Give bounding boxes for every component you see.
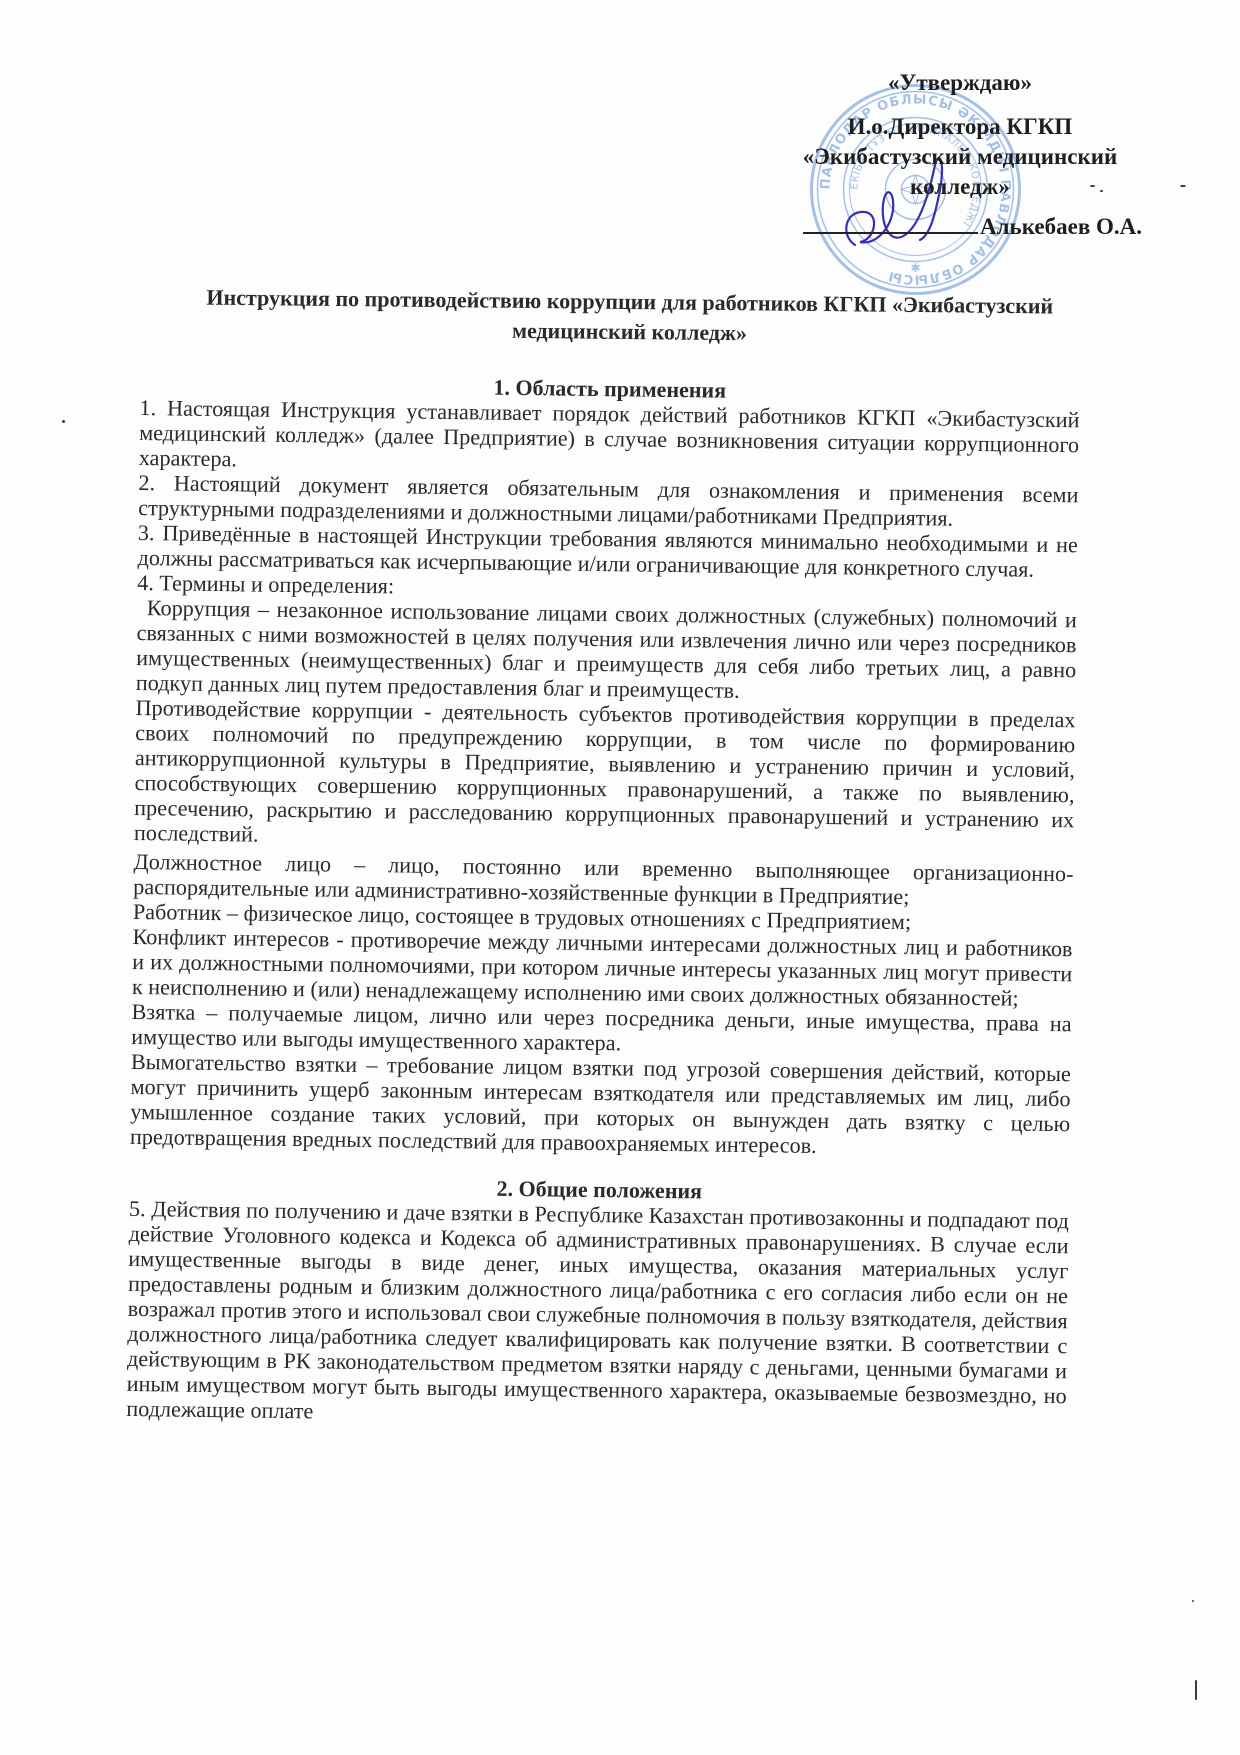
- approval-block: «Утверждаю» И.о.Директора КГКП «Экибасту…: [760, 68, 1160, 242]
- signatory-name: Алькебаев О.А.: [980, 214, 1142, 239]
- approval-organization: «Экибастузский медицинский: [760, 142, 1160, 172]
- paragraph-1: 1. Настоящая Инструкция устанавливает по…: [139, 395, 1080, 482]
- document-page: ПАВЛОДАР ОБЛЫСЫ ӘКІМДІГІ ПАВЛОДАР ОБЛЫСЫ…: [0, 0, 1240, 1755]
- svg-text:✱: ✱: [910, 261, 920, 275]
- scan-speck: [1192, 1600, 1194, 1602]
- scan-speck: [1100, 190, 1103, 192]
- definition-conflict-of-interest: Конфликт интересов - противоречие между …: [132, 924, 1073, 1011]
- approval-organization-cont: колледж»: [760, 172, 1160, 202]
- scan-speck: [1195, 1680, 1197, 1700]
- signature-line: [803, 210, 978, 234]
- approval-position: И.о.Директора КГКП: [760, 112, 1160, 142]
- approval-heading: «Утверждаю»: [760, 68, 1160, 98]
- definition-extortion: Вымогательство взятки – требование лицом…: [130, 1049, 1071, 1161]
- paragraph-5: 5. Действия по получению и даче взятки в…: [126, 1196, 1069, 1433]
- scan-speck: [62, 420, 65, 423]
- scan-speck: [1180, 185, 1186, 187]
- signature-row: Алькебаев О.А.: [760, 210, 1160, 242]
- scan-speck: [1090, 185, 1095, 187]
- definition-corruption: Коррупция – незаконное использование лиц…: [136, 595, 1077, 707]
- document-body: 1. Область применения 1. Настоящая Инстр…: [126, 370, 1080, 1433]
- document-title: Инструкция по противодействию коррупции …: [149, 282, 1110, 352]
- definition-anti-corruption: Противодействие коррупции - деятельность…: [134, 695, 1076, 857]
